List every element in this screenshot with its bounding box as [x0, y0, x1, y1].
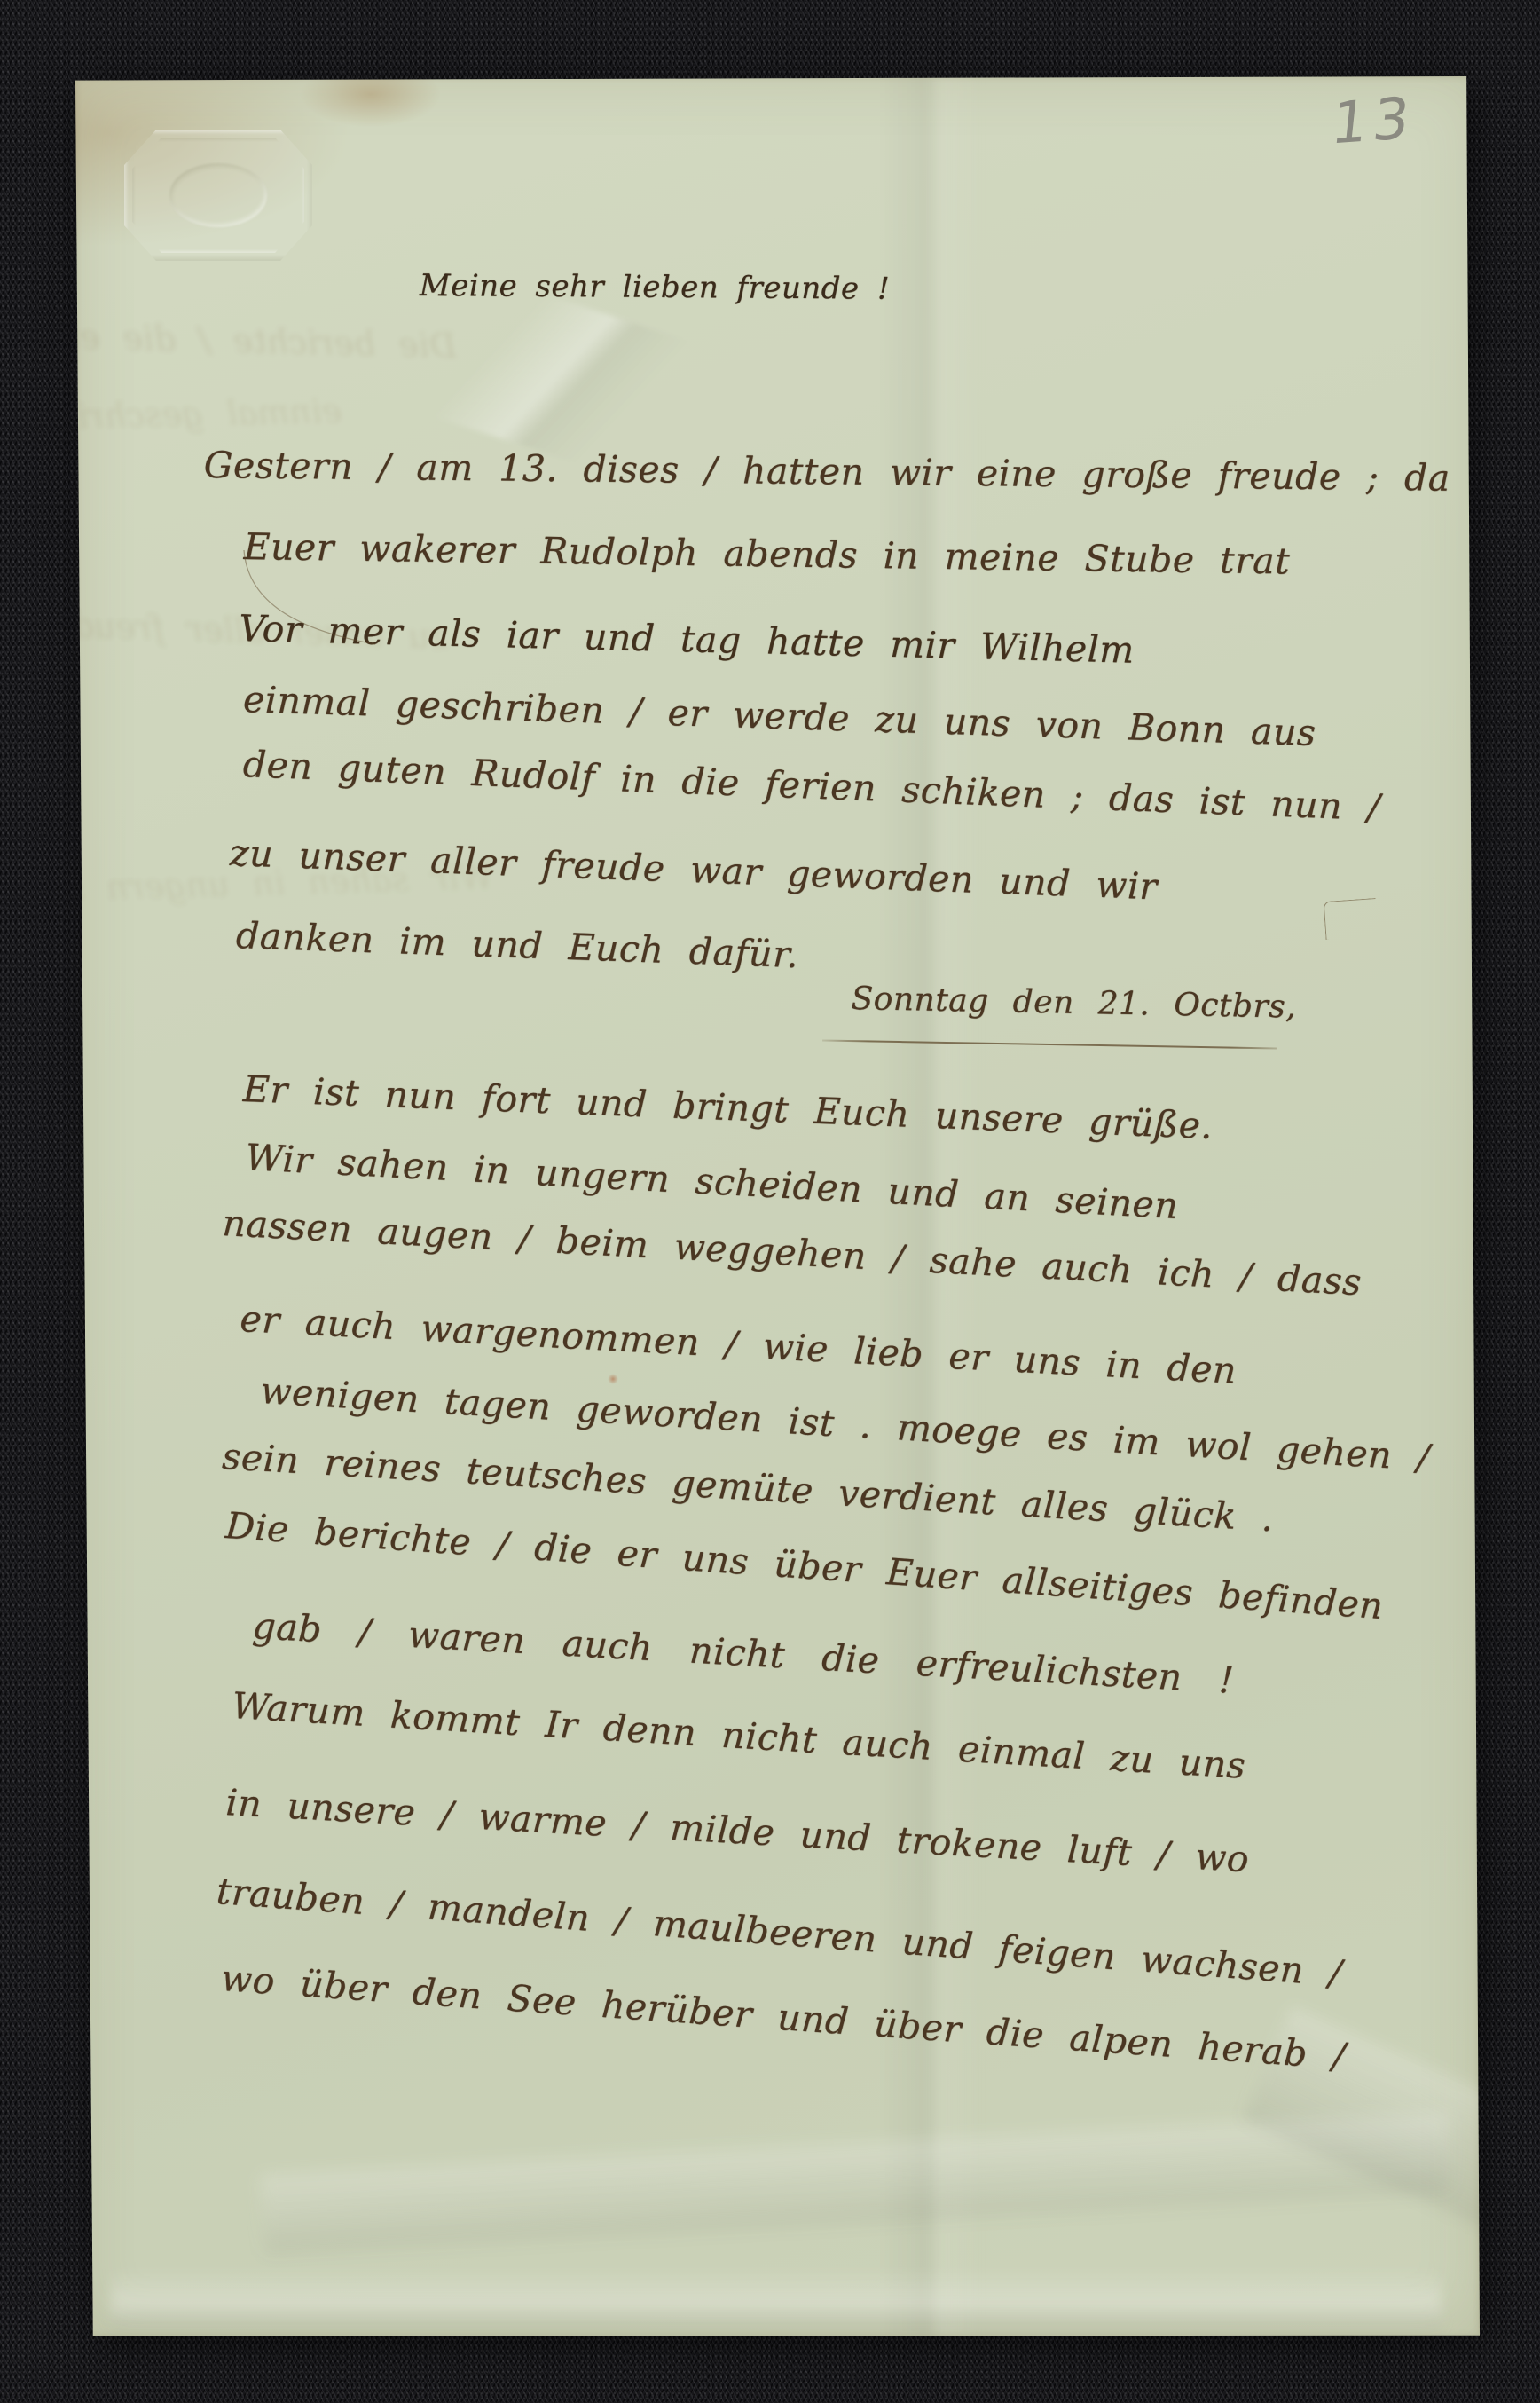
pen-scratch [240, 547, 382, 653]
letter-page-wrap: 13 Die berichte / die er uns über Euer a… [0, 0, 1540, 2403]
handwritten-line: einmal geschriben / er werde zu uns von … [242, 678, 1316, 754]
ink-bleedthrough: Die berichte / die er uns über Euer alls… [0, 301, 457, 366]
handwritten-line: gab / waren auch nicht die erfreulichste… [251, 1604, 1235, 1702]
handwritten-line: in unsere / warme / milde und trokene lu… [224, 1781, 1250, 1880]
handwritten-line: Er ist nun fort und bringt Euch unsere g… [242, 1068, 1214, 1147]
paper-stain [295, 71, 446, 130]
scanned-letter-photo: 13 Die berichte / die er uns über Euer a… [0, 0, 1540, 2403]
handwritten-line: den guten Rudolf in die ferien schiken ;… [242, 743, 1381, 829]
handwritten-line: Warum kommt Ir denn nicht auch einmal zu… [231, 1684, 1247, 1787]
embossed-seal-center [169, 163, 267, 226]
pen-flourish [1324, 898, 1379, 940]
handwritten-line: Gestern / am 13. dises / hatten wir eine… [203, 444, 1450, 500]
paper-crease [111, 2268, 1442, 2330]
handwritten-line: nassen augen / beim weggehen / sahe auch… [221, 1201, 1363, 1304]
ink-bleedthrough: einmal geschriben / er werde zu uns von … [0, 391, 342, 451]
letter-page: 13 Die berichte / die er uns über Euer a… [75, 76, 1480, 2336]
paper-stain [608, 1374, 618, 1384]
embossed-seal-icon [124, 130, 312, 261]
salutation-line: Meine sehr lieben freunde ! [420, 268, 891, 307]
handwritten-line: danken im und Euch dafür. [235, 914, 799, 976]
handwritten-line: Euer wakerer Rudolph abends in meine Stu… [243, 525, 1290, 582]
page-number-pencil: 13 [1328, 85, 1418, 157]
